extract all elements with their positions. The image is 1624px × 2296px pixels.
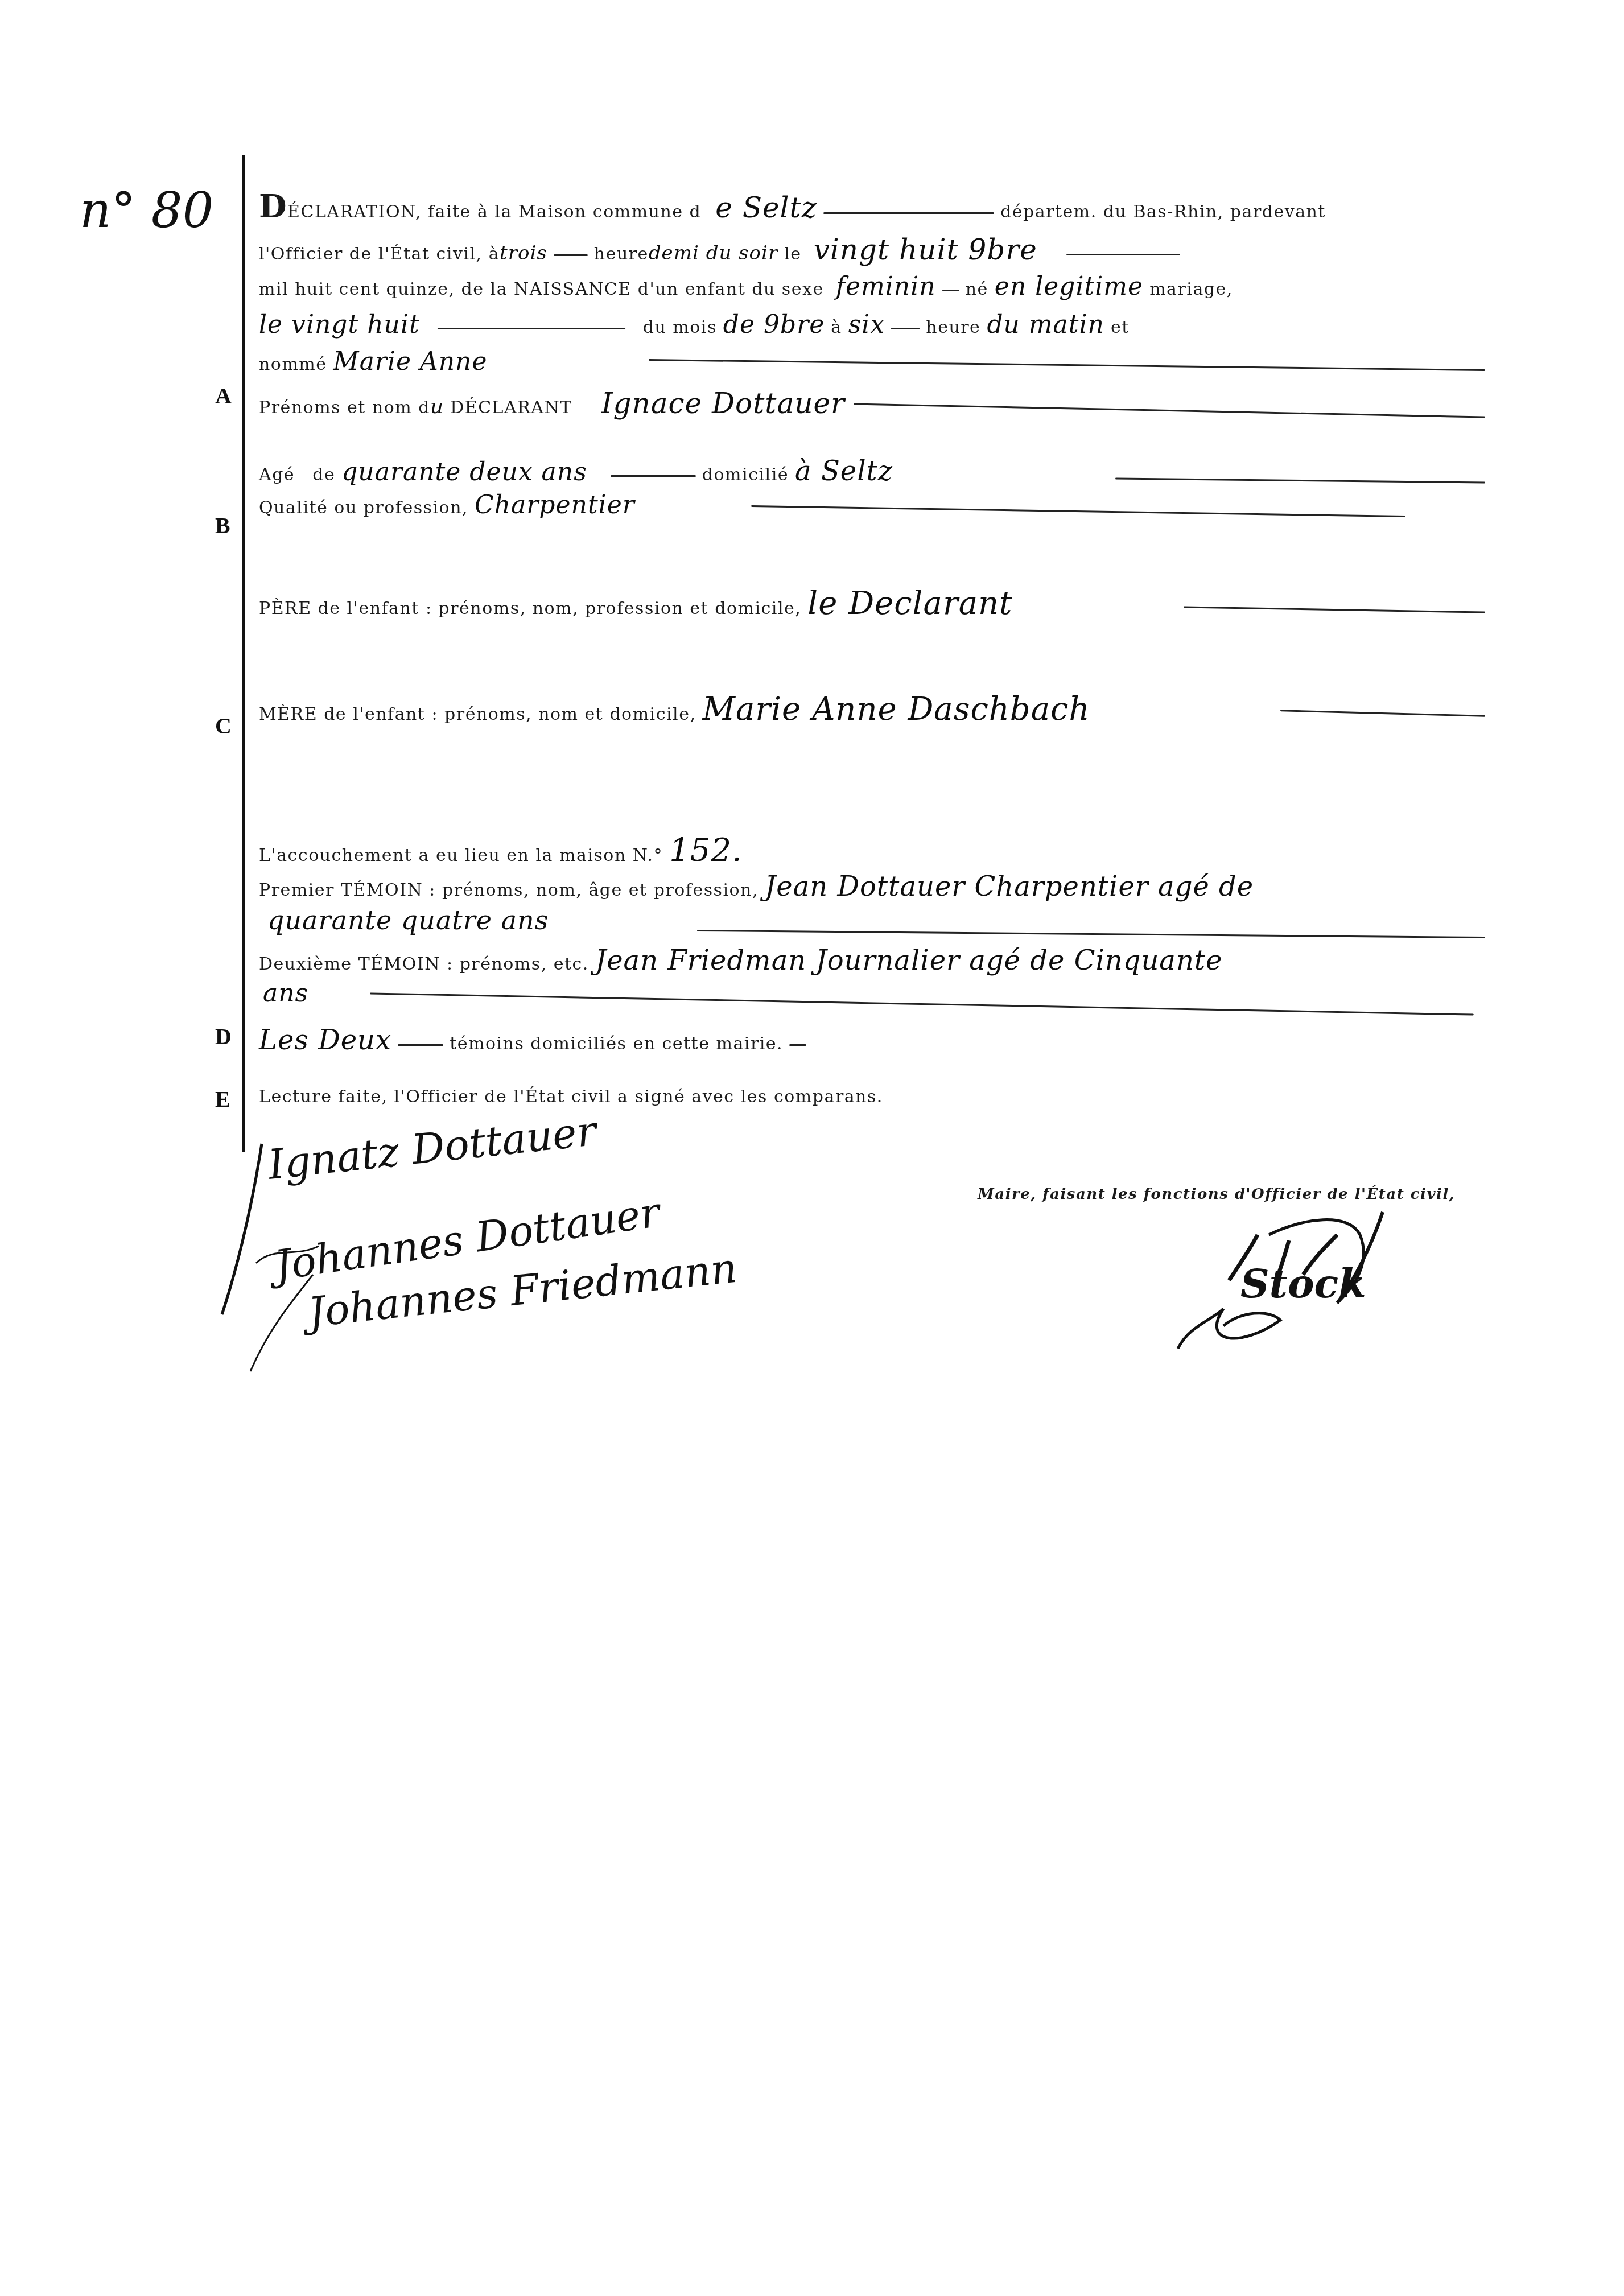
sex-field: feminin	[836, 272, 936, 301]
filler-line	[1115, 478, 1485, 484]
witnesses-count-field: Les Deux	[259, 1024, 391, 1056]
printed-text: ÉCLARATION, faite à la Maison commune d	[287, 202, 701, 222]
declaration-line-2: l'Officier de l'État civil, àtrois heure…	[259, 233, 1180, 266]
witness-1-line: Premier TÉMOIN : prénoms, nom, âge et pr…	[259, 871, 1254, 902]
hour-field: trois	[500, 242, 547, 265]
witness-1-field-continued: quarante quatre ans	[267, 905, 549, 935]
mother-field: Marie Anne Daschbach	[703, 691, 1090, 728]
printed-text: à	[831, 318, 842, 337]
birth-month-field: de 9bre	[723, 310, 825, 339]
printed-text: L'accouchement a eu lieu en la maison N.…	[259, 846, 663, 865]
printed-text: PÈRE de l'enfant : prénoms, nom, profess…	[259, 599, 801, 619]
printed-text: Agé	[259, 465, 295, 485]
printed-text: et	[1111, 318, 1130, 337]
declaration-line-3: mil huit cent quinze, de la NAISSANCE d'…	[259, 272, 1233, 301]
father-line: PÈRE de l'enfant : prénoms, nom, profess…	[259, 585, 1013, 622]
printed-text: MÈRE de l'enfant : prénoms, nom et domic…	[259, 704, 696, 724]
filler-line	[1184, 606, 1485, 613]
printed-text: heure	[594, 244, 649, 264]
filler-line	[554, 254, 588, 256]
filler-line	[942, 290, 959, 291]
article-field: u	[430, 395, 444, 418]
witness-2-line: Deuxième TÉMOIN : prénoms, etc. Jean Fri…	[259, 945, 1223, 976]
house-number-field: 152.	[669, 832, 743, 869]
reading-statement: Lecture faite, l'Officier de l'État civi…	[259, 1087, 883, 1107]
mayor-signature-text: Stock	[1240, 1260, 1366, 1307]
declaration-line-5: nommé Marie Anne	[259, 347, 487, 376]
printed-text: témoins domiciliés en cette mairie.	[450, 1034, 783, 1054]
filler-line	[751, 505, 1405, 517]
printed-text: l'Officier de l'État civil, à	[259, 244, 500, 264]
filler-line	[823, 212, 994, 214]
child-name-field: Marie Anne	[333, 347, 488, 376]
printed-text: né	[966, 279, 988, 299]
witness-2-field: Jean Friedman Journalier agé de Cinquant…	[595, 945, 1223, 976]
declarant-profession-line: Qualité ou profession, Charpentier	[259, 490, 635, 520]
printed-text: de	[312, 465, 335, 485]
declaration-line-1: DÉCLARATION, faite à la Maison commune d…	[259, 188, 1326, 225]
filler-line	[370, 992, 1474, 1015]
witness-1-field: Jean Dottauer Charpentier agé de	[765, 871, 1254, 902]
declarant-domicile-field: à Seltz	[795, 455, 893, 487]
filler-line	[789, 1044, 806, 1046]
mayor-caption: Maire, faisant les fonctions d'Officier …	[978, 1186, 1455, 1203]
witness-2-continuation: ans	[263, 979, 308, 1008]
time-field: demi du soir	[649, 242, 778, 265]
legitimacy-field: en legitime	[995, 272, 1143, 301]
birth-day-field: le vingt huit	[259, 310, 420, 339]
printed-text: mariage,	[1149, 279, 1233, 299]
margin-letter-a: A	[215, 382, 232, 409]
printed-text: Deuxième TÉMOIN : prénoms, etc.	[259, 954, 589, 974]
declarant-line: Prénoms et nom du DÉCLARANT Ignace Dotta…	[259, 387, 845, 420]
declarant-name-field: Ignace Dottauer	[601, 387, 845, 420]
declarant-profession-field: Charpentier	[475, 490, 635, 520]
birth-hour-field: six	[848, 310, 885, 339]
printed-text: nommé	[259, 355, 327, 374]
witnesses-domicile-line: Les Deux témoins domiciliés en cette mai…	[259, 1024, 806, 1056]
birth-period-field: du matin	[987, 310, 1104, 339]
printed-text: DÉCLARANT	[450, 398, 572, 418]
signature-flourish	[216, 1132, 558, 1383]
margin-letter-d: D	[215, 1023, 232, 1050]
filler-line	[891, 328, 920, 329]
filler-line	[854, 403, 1485, 418]
filler-line	[649, 359, 1485, 371]
margin-rule	[242, 155, 245, 1152]
filler-line	[1066, 254, 1180, 255]
witness-2-field-continued: ans	[263, 979, 308, 1008]
printed-text: départem. du Bas-Rhin, pardevant	[1000, 202, 1326, 222]
mayor-signature: Stock	[1167, 1212, 1440, 1360]
printed-text: Premier TÉMOIN : prénoms, nom, âge et pr…	[259, 880, 759, 900]
margin-letter-b: B	[215, 512, 230, 539]
filler-line	[398, 1044, 443, 1046]
witness-1-continuation: quarante quatre ans	[267, 905, 549, 935]
filler-line	[438, 328, 625, 329]
commune-field: e Seltz	[715, 191, 817, 224]
margin-letter-e: E	[215, 1086, 230, 1112]
filler-line	[697, 930, 1485, 938]
birthplace-line: L'accouchement a eu lieu en la maison N.…	[259, 832, 743, 869]
printed-text: le	[784, 244, 801, 264]
filler-line	[611, 475, 696, 477]
dropcap: D	[259, 188, 287, 225]
printed-text: mil huit cent quinze, de la NAISSANCE d'…	[259, 279, 824, 299]
printed-text: du mois	[643, 318, 717, 337]
mother-line: MÈRE de l'enfant : prénoms, nom et domic…	[259, 691, 1090, 728]
margin-letter-c: C	[215, 712, 232, 739]
declaration-line-4: le vingt huit du mois de 9bre à six heur…	[259, 310, 1130, 339]
date-field: vingt huit 9bre	[814, 233, 1037, 266]
filler-line	[1280, 710, 1485, 716]
father-field: le Declarant	[807, 585, 1012, 622]
printed-text: heure	[926, 318, 980, 337]
printed-text: Qualité ou profession,	[259, 498, 468, 518]
record-number-annotation: n° 80	[80, 182, 213, 239]
declarant-age-line: Agé de quarante deux ans domicilié à Sel…	[259, 455, 893, 487]
printed-text: Prénoms et nom d	[259, 398, 430, 418]
printed-text: domicilié	[702, 465, 789, 485]
declarant-age-field: quarante deux ans	[341, 457, 587, 487]
